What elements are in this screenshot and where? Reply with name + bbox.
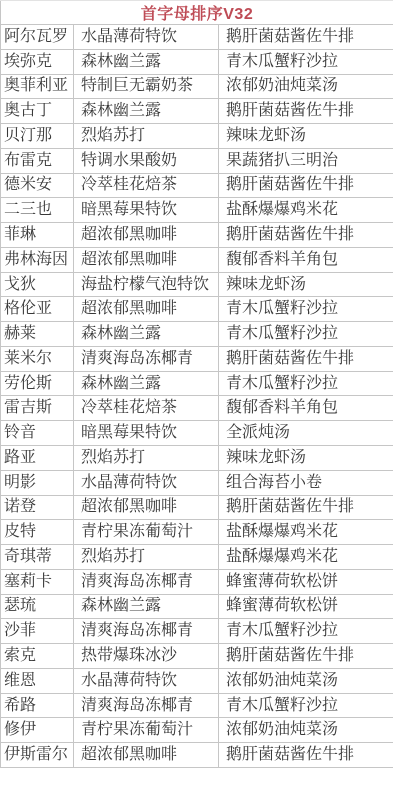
cell-food: 组合海苔小卷 [219,470,393,495]
table-row: 奥菲利亚特制巨无霸奶茶浓郁奶油炖菜汤 [1,74,393,99]
cell-drink: 青柠果冻葡萄汁 [74,520,219,545]
table-row: 明影水晶薄荷特饮组合海苔小卷 [1,470,393,495]
cell-name: 赫莱 [1,322,74,347]
cell-name: 阿尔瓦罗 [1,25,74,50]
cell-name: 瑟琉 [1,594,74,619]
cell-food: 辣味龙虾汤 [219,272,393,297]
table-row: 阿尔瓦罗水晶薄荷特饮鹅肝菌菇酱佐牛排 [1,25,393,50]
page-title: 首字母排序V32 [1,1,393,25]
cell-name: 弗林海因 [1,247,74,272]
cell-food: 蜂蜜薄荷软松饼 [219,569,393,594]
table-row: 路亚烈焰苏打辣味龙虾汤 [1,446,393,471]
gift-preference-sheet: 首字母排序V32 阿尔瓦罗水晶薄荷特饮鹅肝菌菇酱佐牛排埃弥克森林幽兰露青木瓜蟹籽… [0,0,393,768]
cell-name: 莱米尔 [1,346,74,371]
cell-food: 青木瓜蟹籽沙拉 [219,297,393,322]
table-row: 戈狄海盐柠檬气泡特饮辣味龙虾汤 [1,272,393,297]
cell-drink: 暗黑莓果特饮 [74,198,219,223]
cell-drink: 清爽海岛冻椰青 [74,619,219,644]
cell-name: 埃弥克 [1,49,74,74]
cell-food: 青木瓜蟹籽沙拉 [219,619,393,644]
cell-food: 果蔬猪扒三明治 [219,148,393,173]
table-row: 铃音暗黑莓果特饮全派炖汤 [1,421,393,446]
table-row: 埃弥克森林幽兰露青木瓜蟹籽沙拉 [1,49,393,74]
cell-name: 奇琪蒂 [1,545,74,570]
cell-food: 辣味龙虾汤 [219,446,393,471]
cell-food: 蜂蜜薄荷软松饼 [219,594,393,619]
cell-drink: 烈焰苏打 [74,446,219,471]
cell-food: 全派炖汤 [219,421,393,446]
cell-food: 馥郁香料羊角包 [219,247,393,272]
table-row: 雷吉斯冷萃桂花焙茶馥郁香料羊角包 [1,396,393,421]
table-row: 贝汀那烈焰苏打辣味龙虾汤 [1,124,393,149]
cell-name: 格伦亚 [1,297,74,322]
cell-drink: 海盐柠檬气泡特饮 [74,272,219,297]
title-row: 首字母排序V32 [1,1,393,25]
cell-name: 雷吉斯 [1,396,74,421]
cell-drink: 青柠果冻葡萄汁 [74,718,219,743]
cell-name: 奥古丁 [1,99,74,124]
table-row: 劳伦斯森林幽兰露青木瓜蟹籽沙拉 [1,371,393,396]
cell-drink: 水晶薄荷特饮 [74,470,219,495]
cell-drink: 冷萃桂花焙茶 [74,173,219,198]
cell-name: 菲琳 [1,223,74,248]
cell-drink: 特调水果酸奶 [74,148,219,173]
table-row: 莱米尔清爽海岛冻椰青鹅肝菌菇酱佐牛排 [1,346,393,371]
cell-drink: 水晶薄荷特饮 [74,668,219,693]
cell-name: 奥菲利亚 [1,74,74,99]
cell-name: 诺登 [1,495,74,520]
cell-name: 铃音 [1,421,74,446]
table-row: 瑟琉森林幽兰露蜂蜜薄荷软松饼 [1,594,393,619]
cell-food: 青木瓜蟹籽沙拉 [219,322,393,347]
cell-name: 希路 [1,693,74,718]
cell-food: 浓郁奶油炖菜汤 [219,668,393,693]
table-row: 希路清爽海岛冻椰青青木瓜蟹籽沙拉 [1,693,393,718]
cell-name: 贝汀那 [1,124,74,149]
table-row: 诺登超浓郁黑咖啡鹅肝菌菇酱佐牛排 [1,495,393,520]
cell-food: 馥郁香料羊角包 [219,396,393,421]
cell-name: 皮特 [1,520,74,545]
cell-name: 沙菲 [1,619,74,644]
table-row: 奥古丁森林幽兰露鹅肝菌菇酱佐牛排 [1,99,393,124]
cell-drink: 热带爆珠冰沙 [74,644,219,669]
cell-drink: 超浓郁黑咖啡 [74,297,219,322]
cell-food: 青木瓜蟹籽沙拉 [219,693,393,718]
cell-name: 布雷克 [1,148,74,173]
cell-food: 浓郁奶油炖菜汤 [219,718,393,743]
cell-food: 鹅肝菌菇酱佐牛排 [219,644,393,669]
table-row: 索克热带爆珠冰沙鹅肝菌菇酱佐牛排 [1,644,393,669]
cell-drink: 超浓郁黑咖啡 [74,223,219,248]
cell-drink: 清爽海岛冻椰青 [74,569,219,594]
cell-drink: 森林幽兰露 [74,371,219,396]
cell-drink: 暗黑莓果特饮 [74,421,219,446]
table-row: 菲琳超浓郁黑咖啡鹅肝菌菇酱佐牛排 [1,223,393,248]
cell-food: 辣味龙虾汤 [219,124,393,149]
cell-food: 青木瓜蟹籽沙拉 [219,371,393,396]
cell-drink: 超浓郁黑咖啡 [74,247,219,272]
cell-name: 伊斯雷尔 [1,743,74,768]
cell-name: 塞莉卡 [1,569,74,594]
cell-food: 鹅肝菌菇酱佐牛排 [219,173,393,198]
table-row: 奇琪蒂烈焰苏打盐酥爆爆鸡米花 [1,545,393,570]
table-row: 沙菲清爽海岛冻椰青青木瓜蟹籽沙拉 [1,619,393,644]
table-row: 维恩水晶薄荷特饮浓郁奶油炖菜汤 [1,668,393,693]
cell-name: 明影 [1,470,74,495]
cell-food: 盐酥爆爆鸡米花 [219,520,393,545]
table-row: 塞莉卡清爽海岛冻椰青蜂蜜薄荷软松饼 [1,569,393,594]
cell-food: 鹅肝菌菇酱佐牛排 [219,99,393,124]
table-row: 二三也暗黑莓果特饮盐酥爆爆鸡米花 [1,198,393,223]
cell-name: 索克 [1,644,74,669]
table-header: 首字母排序V32 [1,1,393,25]
cell-drink: 森林幽兰露 [74,49,219,74]
table-row: 皮特青柠果冻葡萄汁盐酥爆爆鸡米花 [1,520,393,545]
cell-name: 劳伦斯 [1,371,74,396]
cell-name: 修伊 [1,718,74,743]
cell-name: 维恩 [1,668,74,693]
table-row: 格伦亚超浓郁黑咖啡青木瓜蟹籽沙拉 [1,297,393,322]
cell-drink: 森林幽兰露 [74,322,219,347]
cell-drink: 森林幽兰露 [74,99,219,124]
cell-drink: 烈焰苏打 [74,124,219,149]
table-row: 修伊青柠果冻葡萄汁浓郁奶油炖菜汤 [1,718,393,743]
cell-drink: 冷萃桂花焙茶 [74,396,219,421]
cell-food: 鹅肝菌菇酱佐牛排 [219,346,393,371]
cell-food: 盐酥爆爆鸡米花 [219,198,393,223]
cell-food: 浓郁奶油炖菜汤 [219,74,393,99]
cell-food: 鹅肝菌菇酱佐牛排 [219,223,393,248]
cell-drink: 特制巨无霸奶茶 [74,74,219,99]
table-row: 赫莱森林幽兰露青木瓜蟹籽沙拉 [1,322,393,347]
table-body: 阿尔瓦罗水晶薄荷特饮鹅肝菌菇酱佐牛排埃弥克森林幽兰露青木瓜蟹籽沙拉奥菲利亚特制巨… [1,25,393,768]
cell-food: 鹅肝菌菇酱佐牛排 [219,743,393,768]
cell-food: 青木瓜蟹籽沙拉 [219,49,393,74]
cell-name: 戈狄 [1,272,74,297]
cell-name: 德米安 [1,173,74,198]
cell-name: 路亚 [1,446,74,471]
cell-food: 鹅肝菌菇酱佐牛排 [219,25,393,50]
cell-drink: 烈焰苏打 [74,545,219,570]
cell-food: 鹅肝菌菇酱佐牛排 [219,495,393,520]
cell-drink: 超浓郁黑咖啡 [74,495,219,520]
table-row: 布雷克特调水果酸奶果蔬猪扒三明治 [1,148,393,173]
cell-drink: 超浓郁黑咖啡 [74,743,219,768]
table-row: 伊斯雷尔超浓郁黑咖啡鹅肝菌菇酱佐牛排 [1,743,393,768]
cell-food: 盐酥爆爆鸡米花 [219,545,393,570]
data-table: 首字母排序V32 阿尔瓦罗水晶薄荷特饮鹅肝菌菇酱佐牛排埃弥克森林幽兰露青木瓜蟹籽… [0,0,393,768]
cell-name: 二三也 [1,198,74,223]
table-row: 弗林海因超浓郁黑咖啡馥郁香料羊角包 [1,247,393,272]
cell-drink: 清爽海岛冻椰青 [74,346,219,371]
table-row: 德米安冷萃桂花焙茶鹅肝菌菇酱佐牛排 [1,173,393,198]
cell-drink: 清爽海岛冻椰青 [74,693,219,718]
cell-drink: 森林幽兰露 [74,594,219,619]
cell-drink: 水晶薄荷特饮 [74,25,219,50]
